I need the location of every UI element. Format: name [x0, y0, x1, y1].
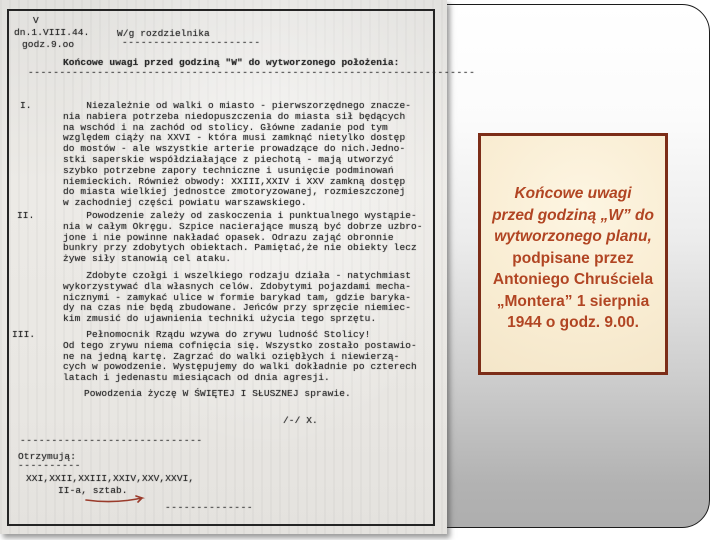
document-date: dn.1.VIII.44. [14, 28, 89, 39]
separator-dashes: ----------------------------- [20, 436, 203, 447]
presentation-slide: V dn.1.VIII.44. godz.9.oo W/g rozdzielni… [0, 0, 720, 540]
section-1-text: Niezależnie od walki o miasto - pierwszo… [63, 101, 411, 209]
scanned-document: V dn.1.VIII.44. godz.9.oo W/g rozdzielni… [0, 0, 447, 534]
document-mark: V [33, 16, 39, 27]
signature: /-/ X. [283, 416, 318, 427]
closing-line: Powodzenia życzę W ŚWIĘTEJ I SŁUSZNEJ sp… [84, 389, 351, 400]
section-2-text: Powodzenie zależy od zaskoczenia i punkt… [63, 211, 423, 265]
caption-italic-text: Końcowe uwagi przed godziną „W” do wytwo… [481, 183, 665, 248]
section-2-continued-text: Zdobyte czołgi i wszelkiego rodzaju dzia… [63, 271, 411, 325]
document-time: godz.9.oo [22, 40, 74, 51]
distribution-note-underline: ---------------------- [122, 38, 261, 49]
distribution-label-underline: ---------- [18, 461, 81, 472]
recipients-line-1: XXI,XXII,XXIII,XXIV,XXV,XXVI, [26, 474, 194, 485]
footer-dashes: -------------- [165, 503, 253, 514]
document-border-frame [7, 9, 435, 526]
red-underline-mark [84, 494, 148, 504]
section-3-numeral: III. [12, 330, 35, 341]
document-title-underline: ----------------------------------------… [28, 68, 475, 79]
caption-regular-text: podpisane przez Antoniego Chruściela „Mo… [481, 248, 665, 334]
section-3-text: Pełnomocnik Rządu wzywa do zrywu ludność… [63, 330, 417, 384]
caption-box: Końcowe uwagi przed godziną „W” do wytwo… [478, 133, 668, 375]
section-2-numeral: II. [17, 211, 34, 222]
section-1-numeral: I. [20, 101, 32, 112]
